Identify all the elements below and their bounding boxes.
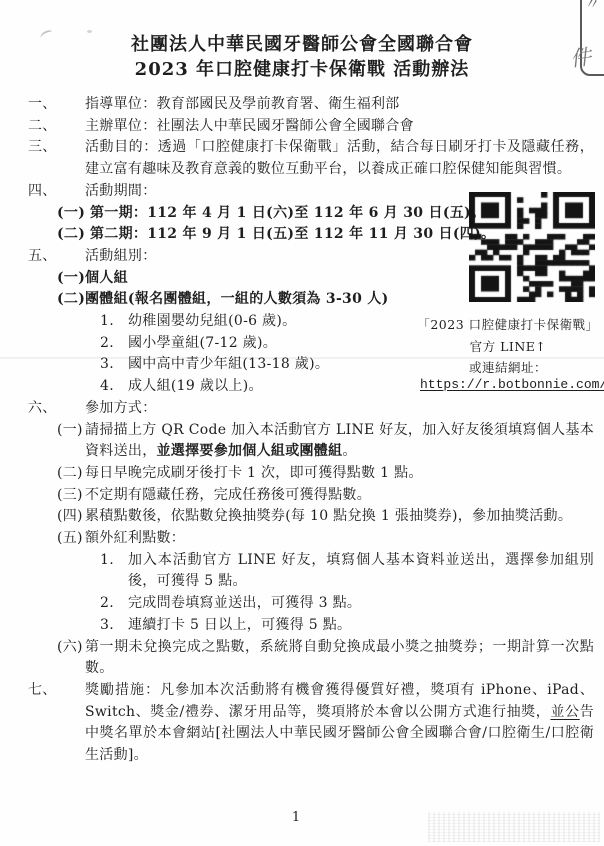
section-6-item-6: (六) 第一期未兌換完成之點數，系統將自動兌換成最小獎之抽獎券；一期計算一次點數… <box>28 637 594 680</box>
section-6-participation: 六、 參加方式： <box>28 398 594 420</box>
qr-caption-title: 「2023 口腔健康打卡保衛戰」 <box>408 314 604 336</box>
bonus-item-3: 3. 連續打卡 5 日以上，可獲得 5 點。 <box>28 615 594 637</box>
item-text: 參加方式： <box>85 398 594 420</box>
item-text: 活動目的：透過「口腔健康打卡保衛戰」活動，結合每日刷牙打卡及隱藏任務，建立富有趣… <box>85 137 594 180</box>
item-marker: 二、 <box>28 116 85 138</box>
item-marker: 四、 <box>28 181 85 203</box>
item-marker: 1. <box>100 311 128 333</box>
section-7-rewards: 七、 獎勵措施：凡參加本次活動將有機會獲得優質好禮，獎項有 iPhone、iPa… <box>28 680 594 767</box>
qr-caption-block: 「2023 口腔健康打卡保衛戰」 官方 LINE↑ 或連結網址： <box>408 314 604 379</box>
title-line-2: 2023 年口腔健康打卡保衛戰 活動辦法 <box>0 57 604 82</box>
item-marker: (二) <box>57 463 85 485</box>
item-marker: (一) <box>57 268 85 290</box>
item-text: 獎勵措施：凡參加本次活動將有機會獲得優質好禮，獎項有 iPhone、iPad、S… <box>85 680 594 767</box>
item-text: 第一期未兌換完成之點數，系統將自動兌換成最小獎之抽獎券；一期計算一次點數。 <box>85 637 594 680</box>
item-marker: 2. <box>100 333 128 355</box>
title-line-1: 社團法人中華民國牙醫師公會全國聯合會 <box>0 32 604 57</box>
item-marker: 3. <box>100 615 128 637</box>
document-title: 社團法人中華民國牙醫師公會全國聯合會 2023 年口腔健康打卡保衛戰 活動辦法 <box>0 0 604 82</box>
section-6-item-1: (一) 請掃描上方 QR Code 加入本活動官方 LINE 好友，加入好友後須… <box>28 420 594 463</box>
item-marker: (一) <box>57 420 85 463</box>
item-marker: (三) <box>57 485 85 507</box>
item-marker: 五、 <box>28 246 85 268</box>
item-marker: (六) <box>57 637 85 680</box>
item-marker: 4. <box>100 376 128 398</box>
item-text-segment: 。 <box>342 443 356 459</box>
qr-caption-line: 或連結網址： <box>408 357 604 379</box>
scan-speck <box>87 30 92 33</box>
item-marker: 1. <box>100 550 128 593</box>
bonus-item-2: 2. 完成問卷填寫並送出，可獲得 3 點。 <box>28 593 594 615</box>
stamp-partial-mark: 〃 <box>584 0 602 15</box>
page-number: 1 <box>0 810 592 825</box>
item-text: 每日早晚完成刷牙後打卡 1 次，即可獲得點數 1 點。 <box>85 463 594 485</box>
item-text: 額外紅利點數： <box>85 528 594 550</box>
item-text: 完成問卷填寫並送出，可獲得 3 點。 <box>128 593 594 615</box>
item-text: 累積點數後，依點數兌換抽獎券(每 10 點兌換 1 張抽獎券)，參加抽獎活動。 <box>85 506 594 528</box>
stamp-character: 件 <box>568 41 593 74</box>
line-signup-url[interactable]: https://r.botbonnie.com/PkExl <box>420 377 604 392</box>
item-marker: 六、 <box>28 398 85 420</box>
item-marker: 2. <box>100 593 128 615</box>
document-body: 一、 指導單位：教育部國民及學前教育署、衛生福利部 二、 主辦單位：社團法人中華… <box>0 82 604 767</box>
item-text: 指導單位：教育部國民及學前教育署、衛生福利部 <box>85 94 594 116</box>
item-text-bold-segment: 並選擇要參加個人組或團體組 <box>157 443 343 459</box>
item-marker: (二) <box>57 224 90 246</box>
scanned-document-page: 〃 件 社團法人中華民國牙醫師公會全國聯合會 2023 年口腔健康打卡保衛戰 活… <box>0 0 604 846</box>
item-text-segment: 獎勵措施：凡參加本次活動將有機會獲得優質好禮，獎項有 iPhone、iPad、S… <box>85 682 594 720</box>
qr-caption-line: 官方 LINE↑ <box>408 336 604 358</box>
section-2-organizer: 二、 主辦單位：社團法人中華民國牙醫師公會全國聯合會 <box>28 116 594 138</box>
item-text: 加入本活動官方 LINE 好友，填寫個人基本資料並送出，選擇參加組別後，可獲得 … <box>128 550 594 593</box>
qr-code <box>469 192 595 302</box>
item-marker: (五) <box>57 528 85 550</box>
section-6-item-4: (四) 累積點數後，依點數兌換抽獎券(每 10 點兌換 1 張抽獎券)，參加抽獎… <box>28 506 594 528</box>
section-6-item-5-bonus: (五) 額外紅利點數： <box>28 528 594 550</box>
item-marker: (四) <box>57 506 85 528</box>
item-text: 不定期有隱藏任務，完成任務後可獲得點數。 <box>85 485 594 507</box>
section-6-item-2: (二) 每日早晚完成刷牙後打卡 1 次，即可獲得點數 1 點。 <box>28 463 594 485</box>
item-text-underlined-segment: 並公 <box>550 704 579 720</box>
item-text: 連續打卡 5 日以上，可獲得 5 點。 <box>128 615 594 637</box>
item-marker: 七、 <box>28 680 85 767</box>
item-marker: (二) <box>57 289 85 311</box>
item-text: 主辦單位：社團法人中華民國牙醫師公會全國聯合會 <box>85 116 594 138</box>
section-6-item-3: (三) 不定期有隱藏任務，完成任務後可獲得點數。 <box>28 485 594 507</box>
section-3-purpose: 三、 活動目的：透過「口腔健康打卡保衛戰」活動，結合每日刷牙打卡及隱藏任務，建立… <box>28 137 594 180</box>
item-marker: (一) <box>57 203 90 225</box>
section-1-advisors: 一、 指導單位：教育部國民及學前教育署、衛生福利部 <box>28 94 594 116</box>
bonus-item-1: 1. 加入本活動官方 LINE 好友，填寫個人基本資料並送出，選擇參加組別後，可… <box>28 550 594 593</box>
item-marker: 三、 <box>28 137 85 180</box>
item-marker: 一、 <box>28 94 85 116</box>
item-text: 請掃描上方 QR Code 加入本活動官方 LINE 好友，加入好友後須填寫個人… <box>85 420 594 463</box>
